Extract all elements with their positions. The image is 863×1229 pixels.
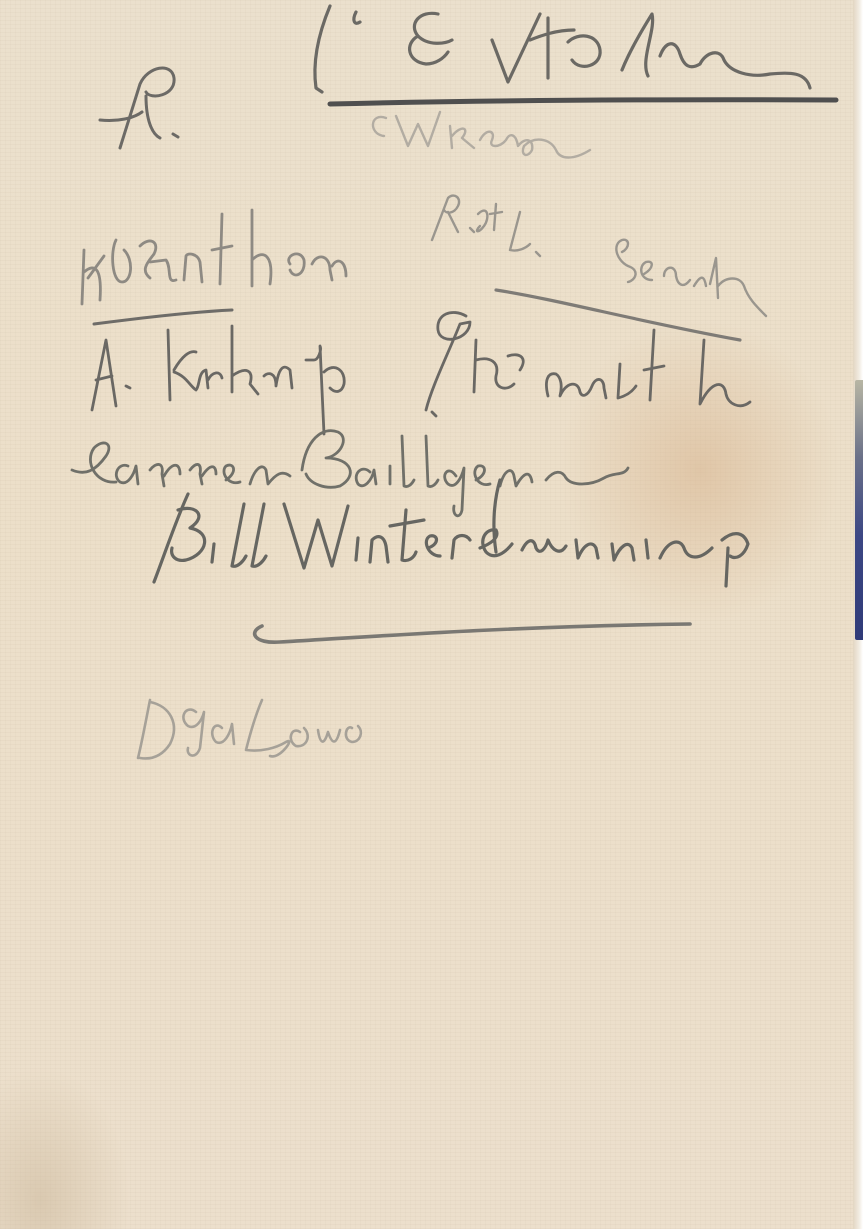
signature-kirkup	[92, 326, 344, 434]
signature-lowe	[138, 700, 361, 758]
underline-searle	[496, 290, 740, 340]
signature-kenyon-faint	[373, 112, 590, 158]
signature-baillgen	[72, 431, 628, 516]
underline-holmes	[330, 100, 836, 104]
signature-searle	[432, 196, 766, 316]
signature-enthoven	[82, 210, 346, 304]
signature-winterdiving	[154, 480, 748, 586]
signature-initial-r	[100, 68, 178, 148]
signature-holmes	[315, 6, 810, 92]
underline-winterdiving	[255, 624, 690, 642]
signatures-layer	[0, 0, 863, 1229]
signature-smith	[426, 312, 750, 416]
underline-enthoven	[94, 310, 232, 324]
